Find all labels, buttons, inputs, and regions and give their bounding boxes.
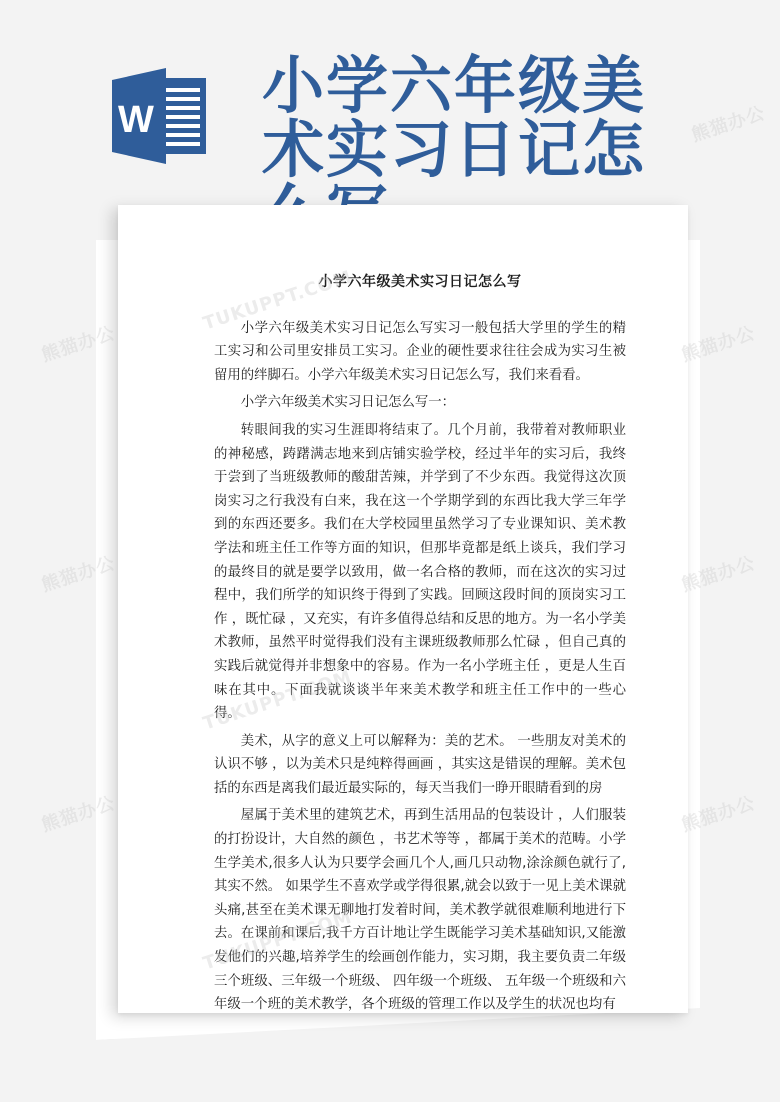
paragraph-subheading: 小学六年级美术实习日记怎么写一： xyxy=(214,391,626,415)
paragraph-intro: 小学六年级美术实习日记怎么写实习一般包括大学里的学生的精工实习和公司里安排员工实… xyxy=(214,317,626,388)
document-page: 小学六年级美术实习日记怎么写 小学六年级美术实习日记怎么写实习一般包括大学里的学… xyxy=(118,205,688,1013)
document-title: 小学六年级美术实习日记怎么写 xyxy=(214,271,626,295)
document-body: 小学六年级美术实习日记怎么写 小学六年级美术实习日记怎么写实习一般包括大学里的学… xyxy=(214,271,626,1021)
header: W 小学六年级美术实习日记怎么写 xyxy=(0,0,780,200)
word-document-icon: W xyxy=(108,68,212,164)
paragraph-body-3: 屋属于美术里的建筑艺术，再到生活用品的包装设计 ，人们服装的打扮设计，大自然的颜… xyxy=(214,804,626,1016)
paragraph-body-2: 美术，从字的意义上可以解释为：美的艺术。 一些朋友对美术的认识不够 ，以为美术只… xyxy=(214,730,626,801)
paragraph-body-1: 转眼间我的实习生涯即将结束了。几个月前，我带着对教师职业的神秘感，踌躇满志地来到… xyxy=(214,419,626,726)
svg-text:W: W xyxy=(118,99,154,141)
